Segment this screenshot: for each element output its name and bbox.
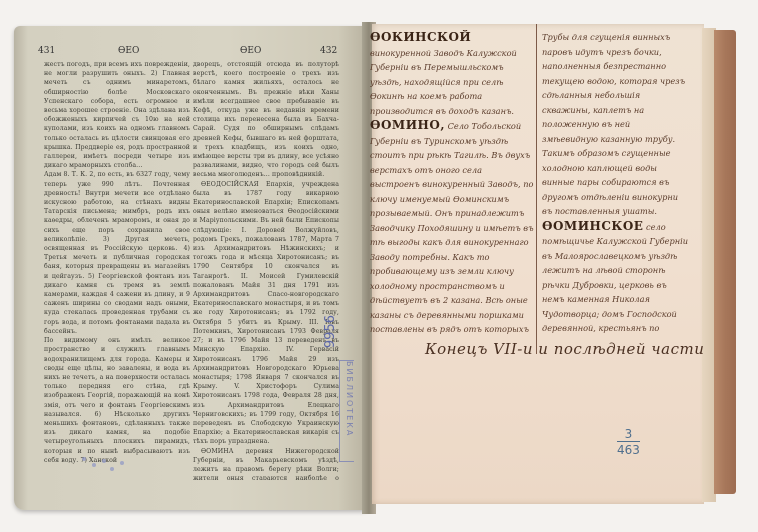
- printed-column-1: жестъ погодъ, при всемъ ихъ поврежденіи,…: [44, 60, 190, 480]
- entry-continuation: Трубы для сгущенія винныхъ паровъ идутъ …: [542, 30, 688, 219]
- entry-fominskoe: ӨОМИНСКОЕ село помѣщичье Калужской Губер…: [542, 219, 688, 341]
- column-divider: [536, 24, 537, 354]
- page-number-left: 431: [38, 46, 55, 56]
- cover-edge: [714, 30, 736, 494]
- page-number-right: 432: [320, 46, 337, 56]
- manuscript-column-2: Трубы для сгущенія винныхъ паровъ идутъ …: [542, 30, 688, 340]
- library-stamp: БИБЛИОТЕКА: [339, 360, 354, 462]
- entry-text: винокуренной Заводъ Калужской Губерніи в…: [370, 48, 517, 116]
- manuscript-column-1: ӨОКИНСКОЙ винокуренной Заводъ Калужской …: [370, 30, 534, 340]
- entry-text: Трубы для сгущенія винныхъ паровъ идутъ …: [542, 32, 685, 216]
- entry-text: село помѣщичье Калужской Губерніи въ Мал…: [542, 222, 688, 341]
- ink-spots: [80, 455, 130, 475]
- running-head-right: ӨЕО: [240, 46, 261, 56]
- entry-text: Село Тобольской Губерніи въ Туринскомъ у…: [370, 121, 534, 340]
- paragraph: Адам 8. Т. К. 2, по есть, въ 6327 году, …: [44, 170, 190, 336]
- paragraph: ӨЕОДОСІЙСКАЯ Епархія, учреждена была въ …: [193, 180, 339, 447]
- entry-heading: ӨОМИНО,: [370, 118, 445, 132]
- shelfmark-top: 3: [617, 428, 640, 441]
- shelfmark-bottom: 463: [617, 441, 640, 457]
- paragraph: дворецъ, отстоящій отсюда въ полуторѣ ве…: [193, 60, 339, 180]
- inventory-stamp: 9956: [323, 315, 338, 348]
- paragraph: жестъ погодъ, при всемъ ихъ поврежденіи,…: [44, 60, 190, 170]
- entry-heading: ӨОМИНСКОЕ: [542, 219, 643, 233]
- colophon: Конецъ VII-и и послѣдней части: [425, 340, 704, 358]
- entry-fokinskoi: ӨОКИНСКОЙ винокуренной Заводъ Калужской …: [370, 30, 534, 118]
- entry-fomino: ӨОМИНО, Село Тобольской Губерніи въ Тури…: [370, 118, 534, 340]
- paragraph: По видимому онъ имѣлъ великое пространст…: [44, 336, 190, 465]
- printed-column-2: дворецъ, отстоящій отсюда въ полуторѣ ве…: [193, 60, 339, 480]
- shelfmark: 3 463: [617, 428, 640, 457]
- entry-heading: ӨОКИНСКОЙ: [370, 30, 471, 44]
- running-head-left: ӨЕО: [118, 46, 139, 56]
- paragraph: ӨОМИНА деревня Нижегородской Губерніи, в…: [193, 447, 339, 480]
